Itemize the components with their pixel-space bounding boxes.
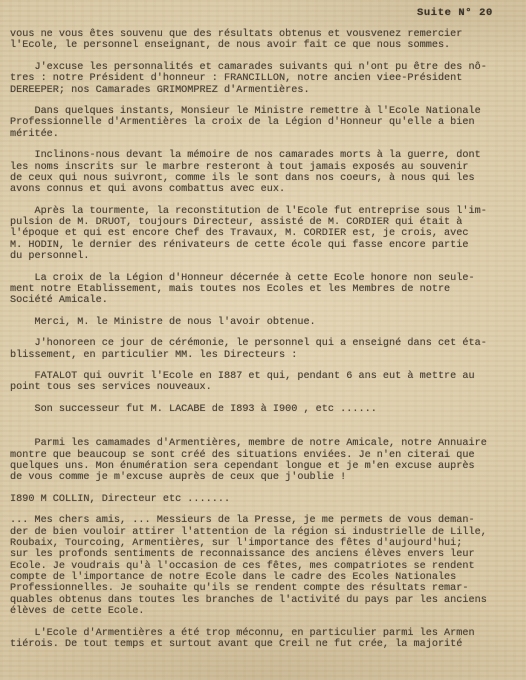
text-line: Professionnelle d'Armentières la croix d… [10, 117, 521, 128]
paragraph: J'excuse les personnalités et camarades … [10, 62, 521, 96]
paragraph: Dans quelques instants, Monsieur le Mini… [10, 106, 521, 140]
text-line: l'époque et qui est encore Chef des Trav… [10, 228, 521, 239]
text-line: ... Mes chers amis, ... Messieurs de la … [10, 515, 521, 526]
text-line: les noms inscrits sur le marbre resteron… [10, 162, 521, 173]
paragraph: Inclinons-nous devant la mémoire de nos … [10, 150, 521, 196]
text-line: FATALOT qui ouvrit l'Ecole en I887 et qu… [10, 371, 521, 382]
text-line: de ceux qui nous suivront, comme ils le … [10, 173, 521, 184]
paragraph: Parmi les camamades d'Armentières, membr… [10, 438, 521, 484]
text-line: montre que beaucoup se sont créé des sit… [10, 450, 521, 461]
text-line: avons connus et qui avons combattus avec… [10, 184, 521, 195]
paragraph: vous ne vous êtes souvenu que des résult… [10, 29, 521, 52]
text-line: Roubaix, Tourcoing, Armentières, sur l'i… [10, 538, 521, 549]
text-line: La croix de la Légion d'Honneur décernée… [10, 273, 521, 284]
text-line: J'honoreen ce jour de cérémonie, le pers… [10, 338, 521, 349]
text-line: L'Ecole d'Armentières a été trop méconnu… [10, 628, 521, 639]
text-line: compte de l'importance de notre Ecole da… [10, 572, 521, 583]
text-line: Société Amicale. [10, 295, 521, 306]
text-line: quables obtenus dans toutes les branches… [10, 595, 521, 606]
text-line: M. HODIN, le dernier des rénivateurs de … [10, 240, 521, 251]
text-line: I890 M COLLIN, Directeur etc ....... [10, 494, 521, 505]
text-line: pulsion de M. DRUOT, toujours Directeur,… [10, 217, 521, 228]
text-line: Ecole. Je voudrais qu'à l'occasion de ce… [10, 561, 521, 572]
text-line: Professionnelles. Je souhaite qu'ils se … [10, 583, 521, 594]
text-line: ment notre Etablissement, mais toutes no… [10, 284, 521, 295]
paragraph: Après la tourmente, la reconstitution de… [10, 206, 521, 263]
text-line: tres : notre Président d'honneur : FRANC… [10, 73, 521, 84]
paragraph: L'Ecole d'Armentières a été trop méconnu… [10, 628, 521, 651]
paragraph: J'honoreen ce jour de cérémonie, le pers… [10, 338, 521, 361]
scanned-document-page: Suite N° 20 vous ne vous êtes souvenu qu… [0, 0, 526, 680]
text-line: Parmi les camamades d'Armentières, membr… [10, 438, 521, 449]
page-continuation-number: Suite N° 20 [417, 7, 493, 19]
text-line: Dans quelques instants, Monsieur le Mini… [10, 106, 521, 117]
text-line: sur les profonds sentiments de reconnais… [10, 549, 521, 560]
text-line: Inclinons-nous devant la mémoire de nos … [10, 150, 521, 161]
text-line: quelques uns. Mon énumération sera cepen… [10, 461, 521, 472]
text-line: vous ne vous êtes souvenu que des résult… [10, 29, 521, 40]
paragraph: FATALOT qui ouvrit l'Ecole en I887 et qu… [10, 371, 521, 394]
paragraph: Merci, M. le Ministre de nous l'avoir ob… [10, 317, 521, 328]
text-line: du personnel. [10, 251, 521, 262]
text-line: méritée. [10, 129, 521, 140]
text-line: blissement, en particulier MM. les Direc… [10, 350, 521, 361]
paragraph: Son successeur fut M. LACABE de I893 à I… [10, 404, 521, 415]
text-line: J'excuse les personnalités et camarades … [10, 62, 521, 73]
paragraph: La croix de la Légion d'Honneur décernée… [10, 273, 521, 307]
text-line: point tous ses services nouveaux. [10, 382, 521, 393]
paragraph: I890 M COLLIN, Directeur etc ....... [10, 494, 521, 505]
text-line: Son successeur fut M. LACABE de I893 à I… [10, 404, 521, 415]
text-line: l'Ecole, le personnel enseignant, de nou… [10, 40, 521, 51]
text-line: Merci, M. le Ministre de nous l'avoir ob… [10, 317, 521, 328]
paragraph: ... Mes chers amis, ... Messieurs de la … [10, 515, 521, 618]
text-line: Après la tourmente, la reconstitution de… [10, 206, 521, 217]
text-line: der de bien vouloir attirer l'attention … [10, 527, 521, 538]
text-line: de vous comme je m'excuse auprès de ceux… [10, 472, 521, 483]
text-line: élèves de cette Ecole. [10, 606, 521, 617]
text-line: DEREEPER; nos Camarades GRIMOMPREZ d'Arm… [10, 85, 521, 96]
text-line: tiérois. De tout temps et surtout avant … [10, 639, 521, 650]
document-body: vous ne vous êtes souvenu que des résult… [10, 29, 521, 660]
